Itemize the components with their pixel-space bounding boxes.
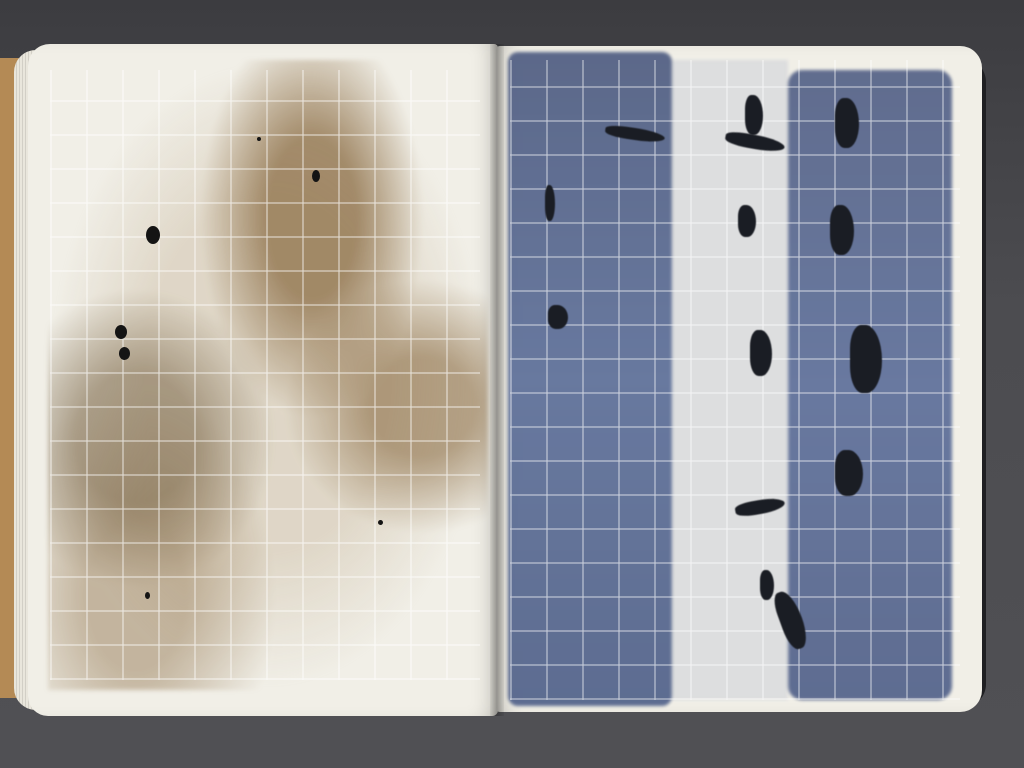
ink-blot xyxy=(738,205,756,237)
ink-blot xyxy=(850,325,882,393)
ink-blot xyxy=(830,205,854,255)
ink-blot xyxy=(750,330,772,376)
ink-dot xyxy=(119,347,130,360)
crayon-grid-left xyxy=(50,70,480,680)
crayon-grid-right xyxy=(510,60,960,700)
ink-dot xyxy=(378,520,383,525)
ink-blot xyxy=(835,98,859,148)
ink-blot xyxy=(745,95,763,135)
ink-dot xyxy=(115,325,127,339)
ink-blot xyxy=(835,450,863,496)
ink-blot xyxy=(548,305,568,329)
book-gutter xyxy=(490,44,504,716)
ink-dot xyxy=(257,137,261,141)
ink-dot xyxy=(145,592,150,599)
ink-dot xyxy=(146,226,160,244)
ink-blot xyxy=(760,570,774,600)
ink-dot xyxy=(312,170,320,182)
ink-blot xyxy=(545,185,555,221)
